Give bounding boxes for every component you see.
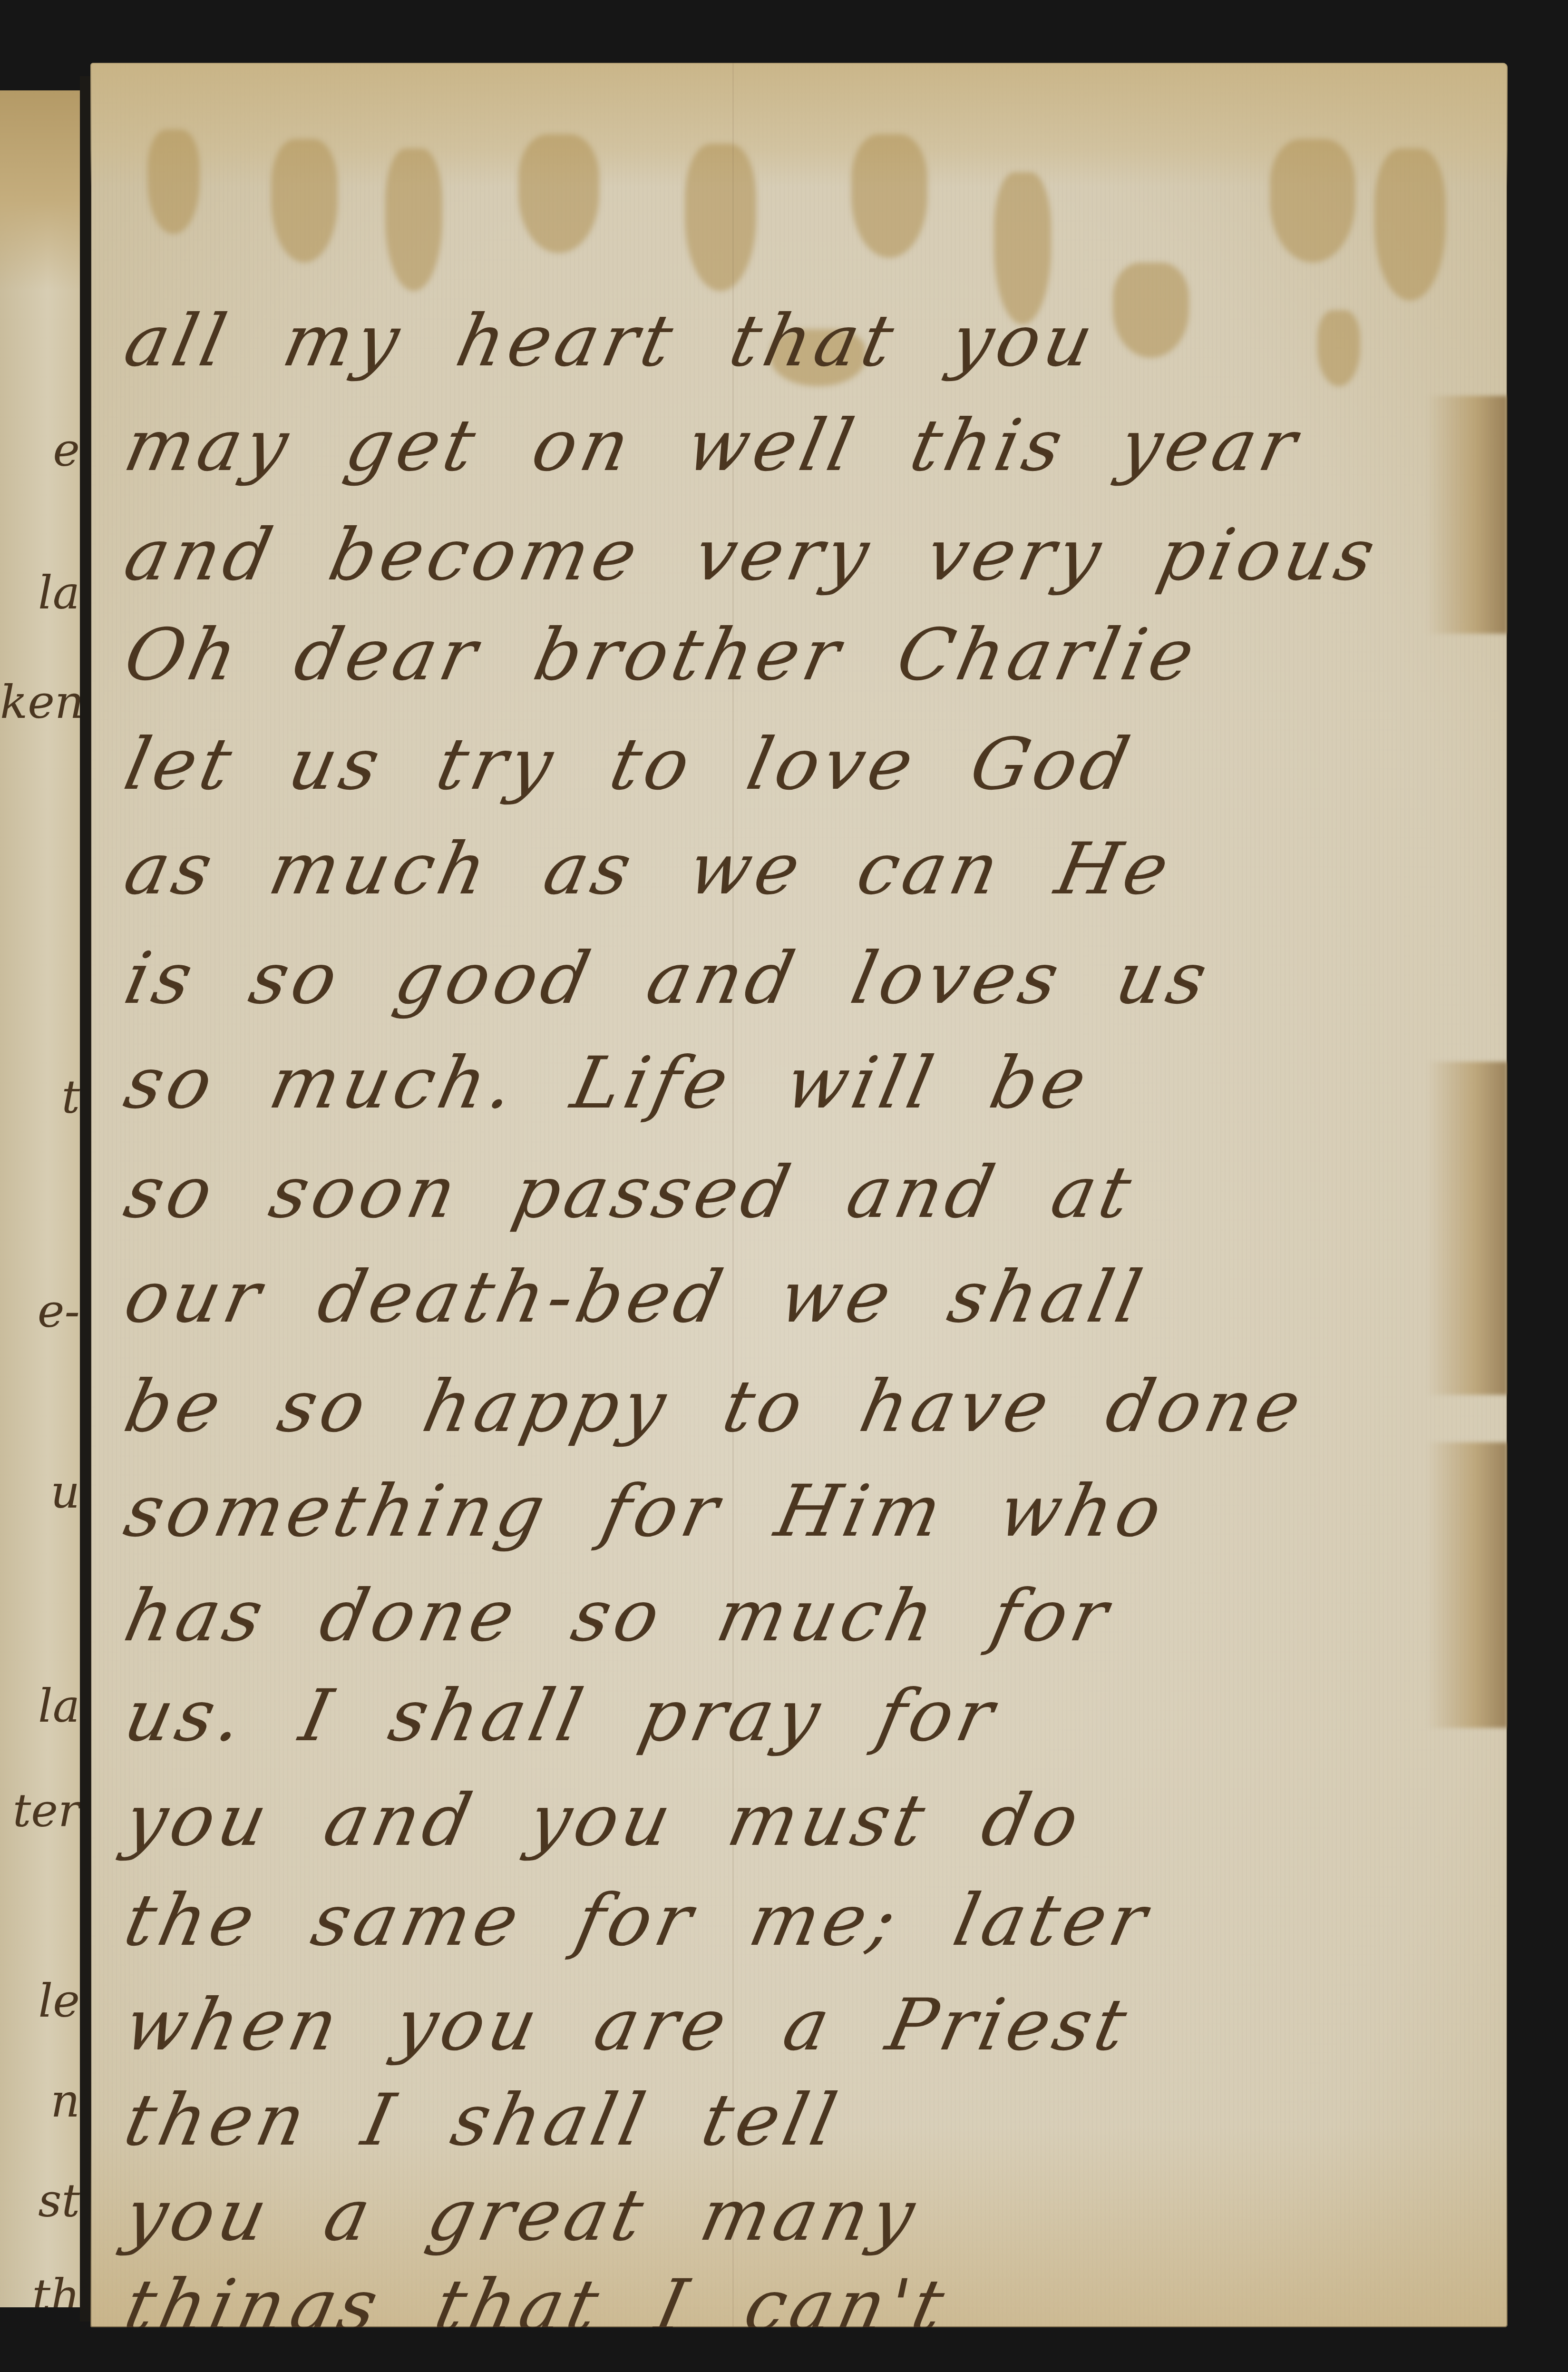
left-fragment: t [0, 1070, 80, 1124]
left-fragment: ter [0, 1784, 80, 1837]
handwriting-line: as much as we can He [119, 833, 1494, 905]
handwriting-line: and become very very pious [119, 519, 1494, 591]
left-fragment: la [0, 566, 80, 619]
handwriting-line: let us try to love God [119, 729, 1494, 800]
letter-page: all my heart that you may get on well th… [90, 63, 1508, 2327]
water-stain [0, 90, 80, 290]
water-stain [147, 129, 200, 234]
water-stain [851, 134, 927, 258]
page-gutter [80, 76, 90, 2322]
left-fragment: la [0, 1679, 80, 1733]
handwriting-line: so much. Life will be [119, 1048, 1494, 1119]
handwriting-line: the same for me; later [119, 1885, 1494, 1956]
handwriting-line: you a great many [119, 2180, 1494, 2251]
handwriting-line: our death-bed we shall [119, 1262, 1494, 1333]
left-fragment: le [0, 1974, 80, 2028]
handwriting-line: us. I shall pray for [119, 1680, 1494, 1752]
handwriting-line: then I shall tell [119, 2085, 1494, 2156]
handwriting-line: all my heart that you [119, 305, 1494, 377]
water-stain [385, 148, 442, 291]
water-stain [685, 144, 756, 291]
previous-page-edge: e la ken t e- u la ter le n st th [0, 90, 81, 2307]
handwriting-line: may get on well this year [119, 410, 1494, 481]
handwriting-line: you and you must do [119, 1785, 1494, 1856]
water-stain [1270, 139, 1355, 263]
left-fragment: e [0, 423, 80, 477]
handwriting-line: something for Him who [119, 1476, 1494, 1547]
handwriting-line: Oh dear brother Charlie [119, 619, 1494, 691]
water-stain [1374, 148, 1446, 301]
left-fragment: e- [0, 1284, 80, 1338]
water-stain [518, 134, 599, 253]
water-stain [271, 139, 338, 263]
left-fragment: ken [0, 676, 80, 729]
handwriting-line: so soon passed and at [119, 1157, 1494, 1228]
handwriting-line: be so happy to have done [119, 1371, 1494, 1442]
handwriting-line: has done so much for [119, 1580, 1494, 1652]
handwriting-line: is so good and loves us [119, 943, 1494, 1014]
left-fragment: st [0, 2174, 80, 2227]
left-fragment: th [0, 2269, 80, 2307]
handwriting-line: things that I can't [119, 2270, 1494, 2327]
handwriting-line: when you are a Priest [119, 1990, 1494, 2061]
left-fragment: u [0, 1465, 80, 1519]
left-fragment: n [0, 2074, 80, 2127]
